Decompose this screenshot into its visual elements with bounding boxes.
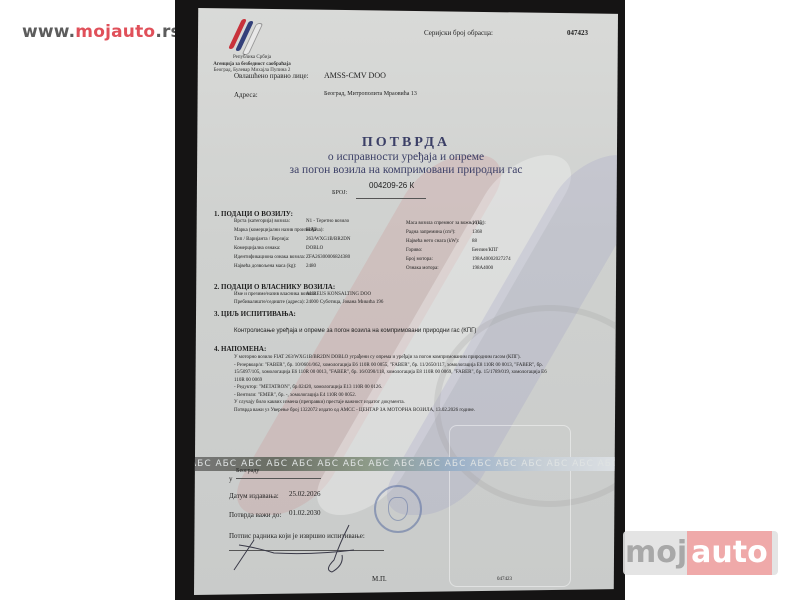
site-url-brand: mojauto xyxy=(75,22,155,42)
section-vehicle-heading: 1. ПОДАЦИ О ВОЗИЛУ: xyxy=(214,210,293,218)
purpose-text: Контролисање уређаја и опреме за погон в… xyxy=(234,328,476,334)
row-label: Број мотора: xyxy=(406,257,433,262)
note-line: 110R 00 0069 xyxy=(234,378,262,383)
signature-scribble-icon xyxy=(214,515,374,575)
section-notes-heading: 4. НАПОМЕНА: xyxy=(214,345,266,353)
row-value: AUREUS KONSALTING DOO xyxy=(306,292,371,297)
note-line: 15/5097/105, хомологација E6 110R 00 001… xyxy=(234,370,547,375)
row-label: Врста (категорија) возила: xyxy=(234,219,290,224)
row-value: FIAT xyxy=(306,228,317,233)
address-label: Адреса: xyxy=(234,91,258,99)
row-value: 1615 xyxy=(472,221,482,226)
certificate-number-value: 004209-26 К xyxy=(369,181,414,190)
watermark-moj: moj xyxy=(623,535,687,570)
section-owner-heading: 2. ПОДАЦИ О ВЛАСНИКУ ВОЗИЛА: xyxy=(214,283,335,291)
row-value: 1368 xyxy=(472,230,482,235)
row-label: Највећа дозвољена маса (kg): xyxy=(234,264,296,269)
row-value: ZFA26300006824380 xyxy=(306,255,350,260)
row-label: Највећа нето снага (kW): xyxy=(406,239,459,244)
row-value: 198A40002027274 xyxy=(472,257,511,262)
issue-date-value: 25.02.2026 xyxy=(289,490,321,498)
agency-logo-icon xyxy=(227,15,267,55)
note-line: У моторно возило FIAT 263/WXG1B/BR2DN DO… xyxy=(234,355,521,360)
serial-label: Серијски број обрасца: xyxy=(424,29,493,37)
note-line: - Редуктор: "METATRON", бр.02420, хомоло… xyxy=(234,385,382,390)
row-value: 198A4000 xyxy=(472,266,493,271)
row-label: Пребивалиште/седиште (адреса): xyxy=(234,300,305,305)
row-label: Идентификациона ознака возила: xyxy=(234,255,305,260)
mojauto-watermark-logo: mojauto xyxy=(623,531,778,575)
official-stamp-icon xyxy=(374,485,422,533)
section-purpose-heading: 3. ЦИЉ ИСПИТИВАЊА: xyxy=(214,310,296,318)
small-serial: 047423 xyxy=(497,577,512,582)
place-prefix: у xyxy=(229,475,233,483)
serial-value: 047423 xyxy=(567,29,588,37)
row-label: Гориво: xyxy=(406,248,422,253)
row-label: Име и презиме/назив власника возила: xyxy=(234,292,316,297)
row-value: 2480 xyxy=(306,264,316,269)
row-value: N1 - Теретно возило xyxy=(306,219,349,224)
note-line: У случају било каквих измена (преправки)… xyxy=(234,400,405,405)
row-value: DOBLO xyxy=(306,246,323,251)
row-value: 88 xyxy=(472,239,477,244)
row-label: Ознака мотора: xyxy=(406,266,439,271)
security-frame xyxy=(449,425,571,587)
note-line: Потврда важи уз Уверење број 1322072 изд… xyxy=(234,408,475,413)
issue-date-label: Датум издавања: xyxy=(229,492,279,500)
legal-entity-label: Овлашћено правно лице: xyxy=(234,72,309,80)
row-label: Радна запремина (cm³): xyxy=(406,230,456,235)
row-value: 24000 Суботица, Јована Микића 196 xyxy=(306,300,383,305)
certificate-document: Република Србија Агенција за безбедност … xyxy=(194,5,618,595)
stamp-label: М.П. xyxy=(372,575,387,583)
legal-entity-value: AMSS-CMV DOO xyxy=(324,71,386,80)
row-label: Комерцијална ознака: xyxy=(234,246,280,251)
row-value: Бензин/КПГ xyxy=(472,248,498,253)
site-watermark-url: www.mojauto.rs xyxy=(22,22,181,42)
row-value: 263/WXG1B/BR2DN xyxy=(306,237,350,242)
document-subtitle-2: за погон возила на компримовани природни… xyxy=(194,164,618,177)
note-line: - Вентили: "EMER", бр. -, хомологација E… xyxy=(234,393,356,398)
site-url-prefix: www. xyxy=(22,22,75,42)
document-title: ПОТВРДА xyxy=(194,135,618,151)
row-label: Тип / Варијанта / Верзија: xyxy=(234,237,289,242)
note-line: - Резервоар/и: "FABER", бр. 10/0601/062,… xyxy=(234,363,543,368)
certificate-number-label: БРОЈ: xyxy=(332,190,347,196)
address-value: Београд, Митрополита Мраовића 13 xyxy=(324,91,417,97)
document-title-block: ПОТВРДА о исправности уређаја и опреме з… xyxy=(194,135,618,177)
place-value: Београду xyxy=(236,468,259,474)
document-subtitle-1: о исправности уређаја и опреме xyxy=(194,151,618,164)
watermark-auto: auto xyxy=(687,531,772,575)
